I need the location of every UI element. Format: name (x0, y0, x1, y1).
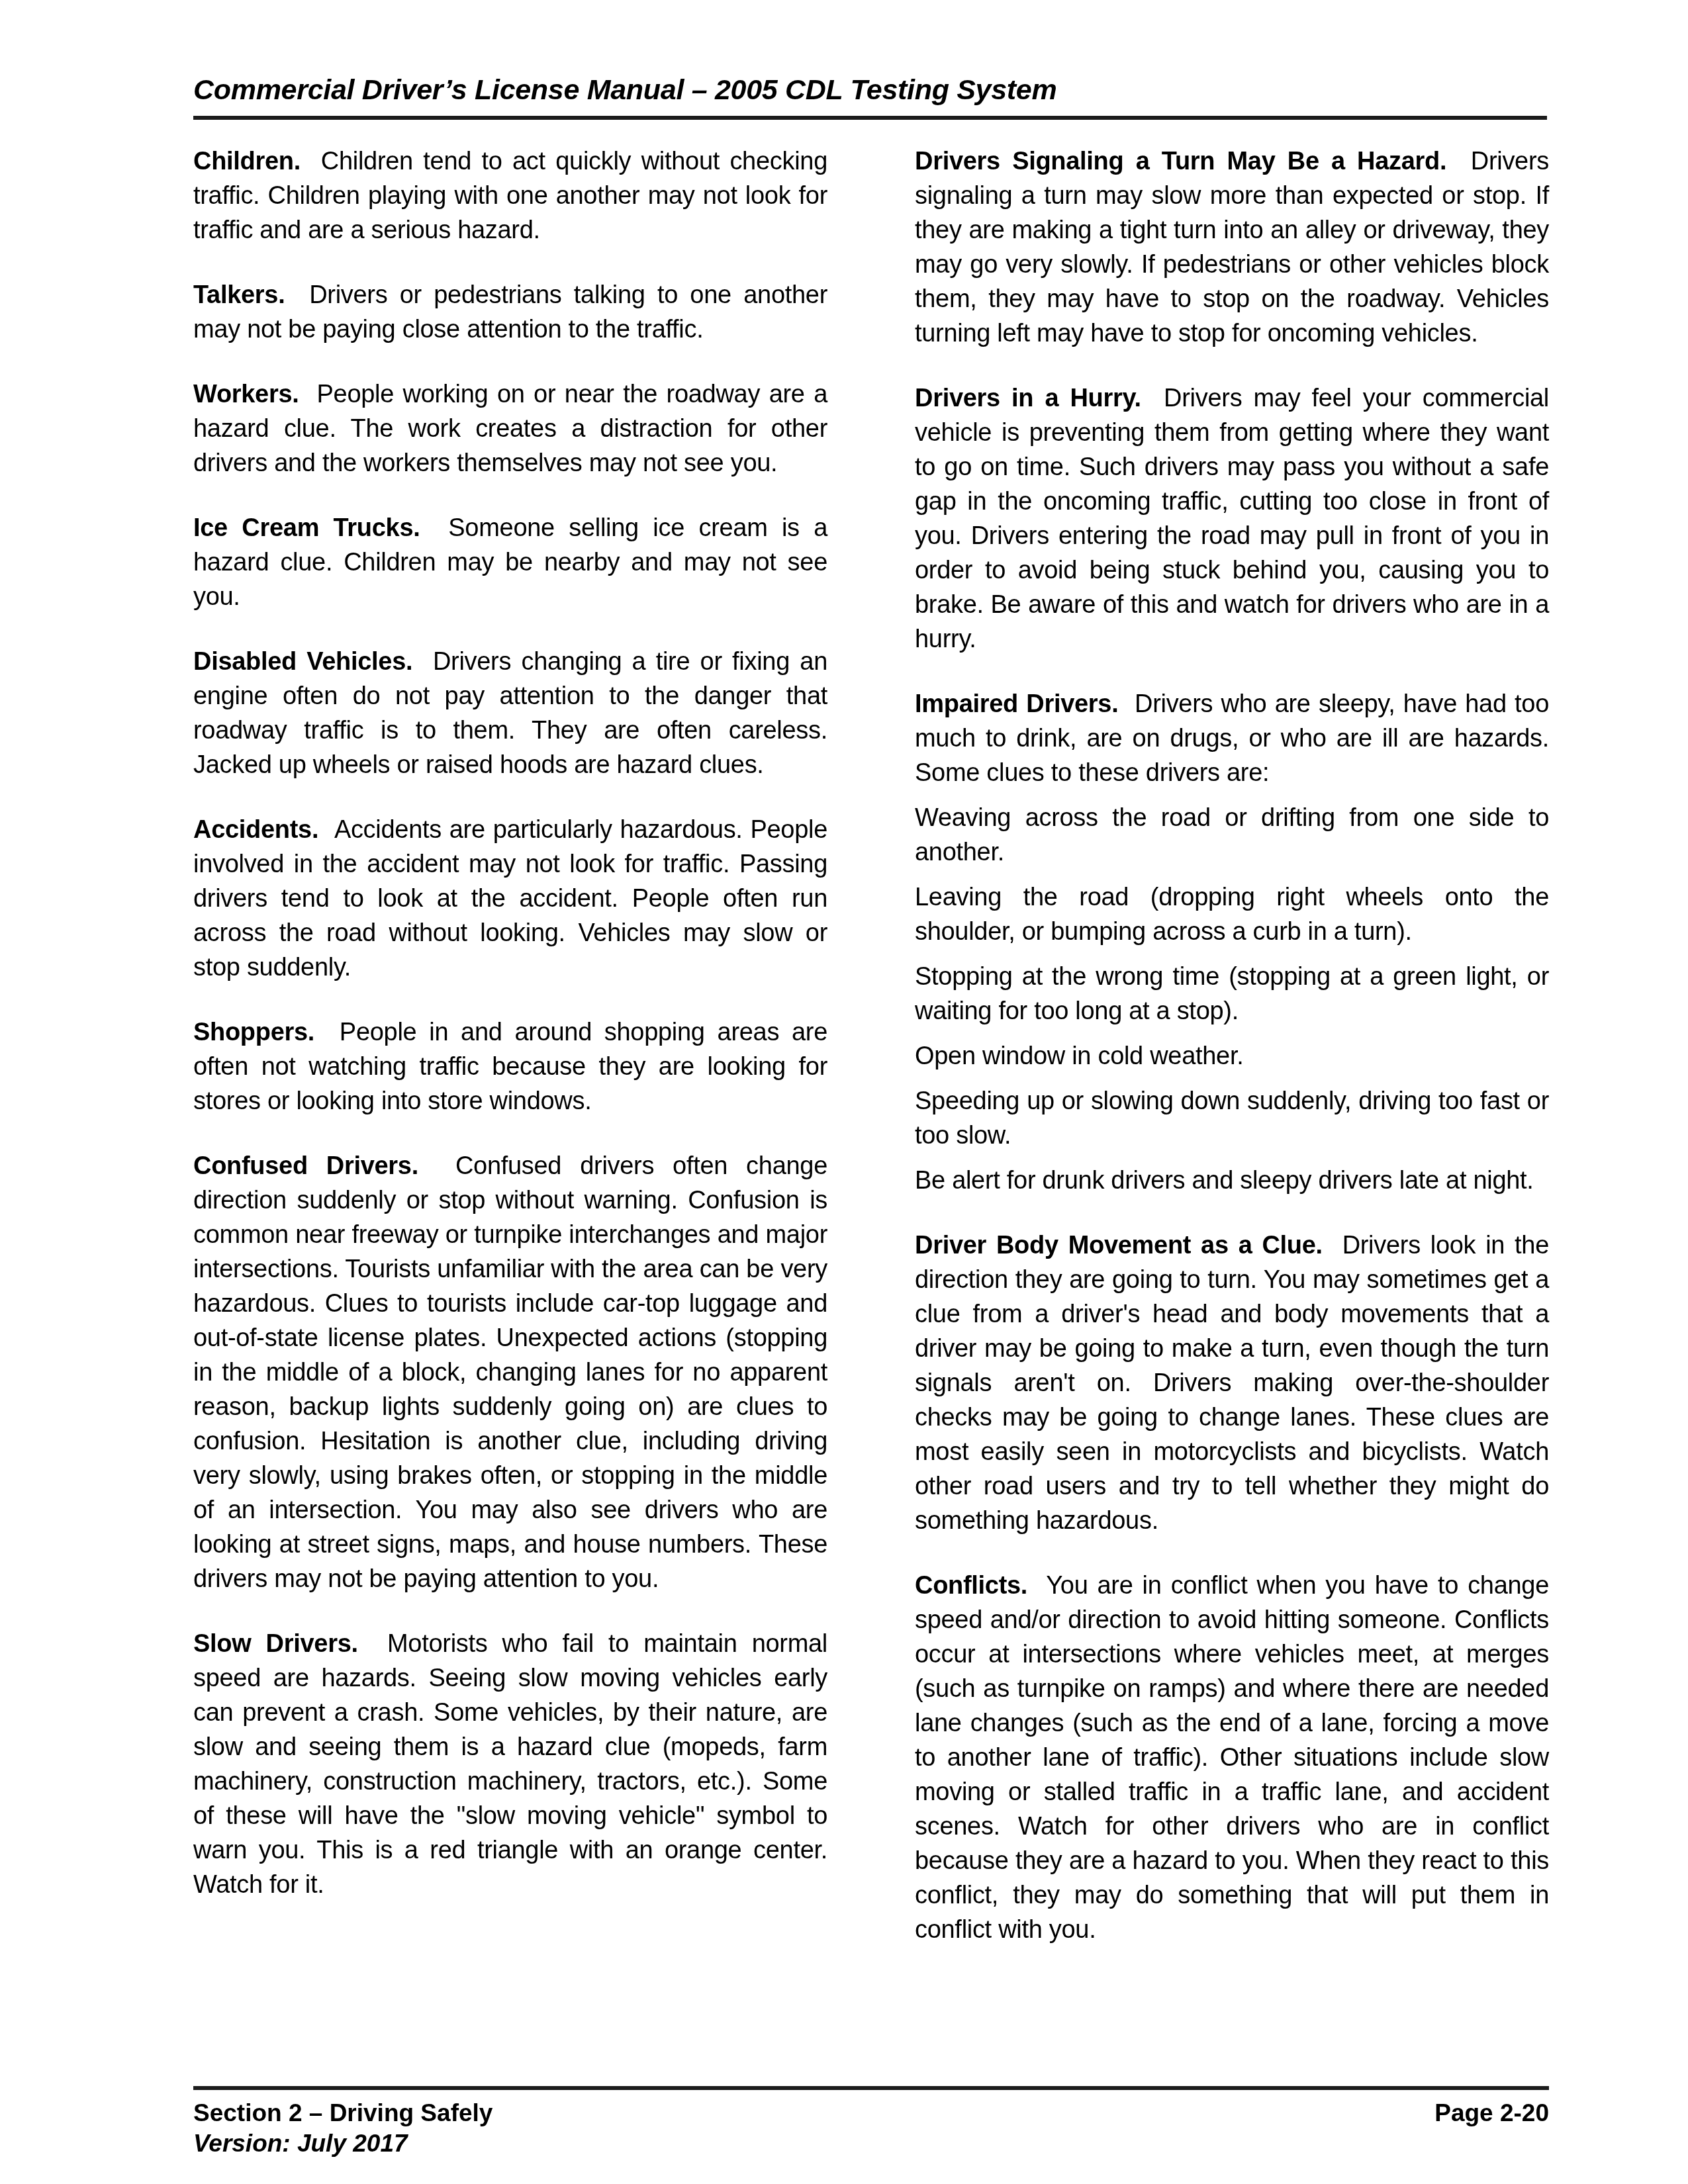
list-paragraph: Leaving the road (dropping right wheels … (915, 880, 1549, 949)
footer-page-number: Page 2-20 (1434, 2098, 1549, 2159)
section-paragraph: Children. Children tend to act quickly w… (193, 144, 827, 248)
section-paragraph: Confused Drivers. Confused drivers often… (193, 1149, 827, 1596)
footer-version: Version: July 2017 (193, 2128, 492, 2159)
section-paragraph: Driver Body Movement as a Clue. Drivers … (915, 1228, 1549, 1538)
section-paragraph: Impaired Drivers. Drivers who are sleepy… (915, 687, 1549, 790)
paragraph-lead: Impaired Drivers. (915, 690, 1135, 718)
footer-rule (193, 2086, 1549, 2090)
list-paragraph: Be alert for drunk drivers and sleepy dr… (915, 1163, 1549, 1198)
paragraph-lead: Ice Cream Trucks. (193, 514, 448, 542)
section-paragraph: Ice Cream Trucks. Someone selling ice cr… (193, 511, 827, 614)
left-column: Children. Children tend to act quickly w… (193, 144, 827, 1978)
paragraph-lead: Accidents. (193, 816, 334, 844)
section-paragraph: Talkers. Drivers or pedestrians talking … (193, 278, 827, 347)
paragraph-lead: Talkers. (193, 281, 309, 309)
paragraph-lead: Workers. (193, 381, 317, 408)
section-paragraph: Conflicts. You are in conflict when you … (915, 1569, 1549, 1947)
header-title: Commercial Driver’s License Manual – 200… (193, 74, 1547, 107)
paragraph-lead: Disabled Vehicles. (193, 648, 433, 676)
paragraph-lead: Driver Body Movement as a Clue. (915, 1232, 1342, 1259)
paragraph-lead: Children. (193, 148, 321, 175)
section-paragraph: Drivers in a Hurry. Drivers may feel you… (915, 381, 1549, 657)
right-column: Drivers Signaling a Turn May Be a Hazard… (915, 144, 1549, 1978)
section-paragraph: Shoppers. People in and around shopping … (193, 1015, 827, 1118)
footer-section-title: Section 2 – Driving Safely (193, 2098, 492, 2128)
paragraph-lead: Conflicts. (915, 1572, 1046, 1600)
footer-left: Section 2 – Driving Safely Version: July… (193, 2098, 492, 2159)
list-paragraph: Stopping at the wrong time (stopping at … (915, 960, 1549, 1028)
section-paragraph: Accidents. Accidents are particularly ha… (193, 813, 827, 985)
section-paragraph: Slow Drivers. Motorists who fail to main… (193, 1627, 827, 1902)
paragraph-lead: Drivers in a Hurry. (915, 385, 1164, 412)
paragraph-lead: Shoppers. (193, 1019, 340, 1046)
section-paragraph: Drivers Signaling a Turn May Be a Hazard… (915, 144, 1549, 351)
section-paragraph: Workers. People working on or near the r… (193, 377, 827, 480)
two-column-body: Children. Children tend to act quickly w… (193, 144, 1549, 1978)
page-footer: Section 2 – Driving Safely Version: July… (193, 2098, 1549, 2159)
document-page: Commercial Driver’s License Manual – 200… (0, 0, 1688, 2184)
section-paragraph: Disabled Vehicles. Drivers changing a ti… (193, 645, 827, 782)
paragraph-lead: Confused Drivers. (193, 1152, 455, 1180)
list-paragraph: Weaving across the road or drifting from… (915, 801, 1549, 870)
paragraph-lead: Slow Drivers. (193, 1630, 387, 1658)
paragraph-lead: Drivers Signaling a Turn May Be a Hazard… (915, 148, 1471, 175)
list-paragraph: Open window in cold weather. (915, 1039, 1549, 1073)
page-header: Commercial Driver’s License Manual – 200… (193, 74, 1547, 120)
list-paragraph: Speeding up or slowing down suddenly, dr… (915, 1084, 1549, 1153)
